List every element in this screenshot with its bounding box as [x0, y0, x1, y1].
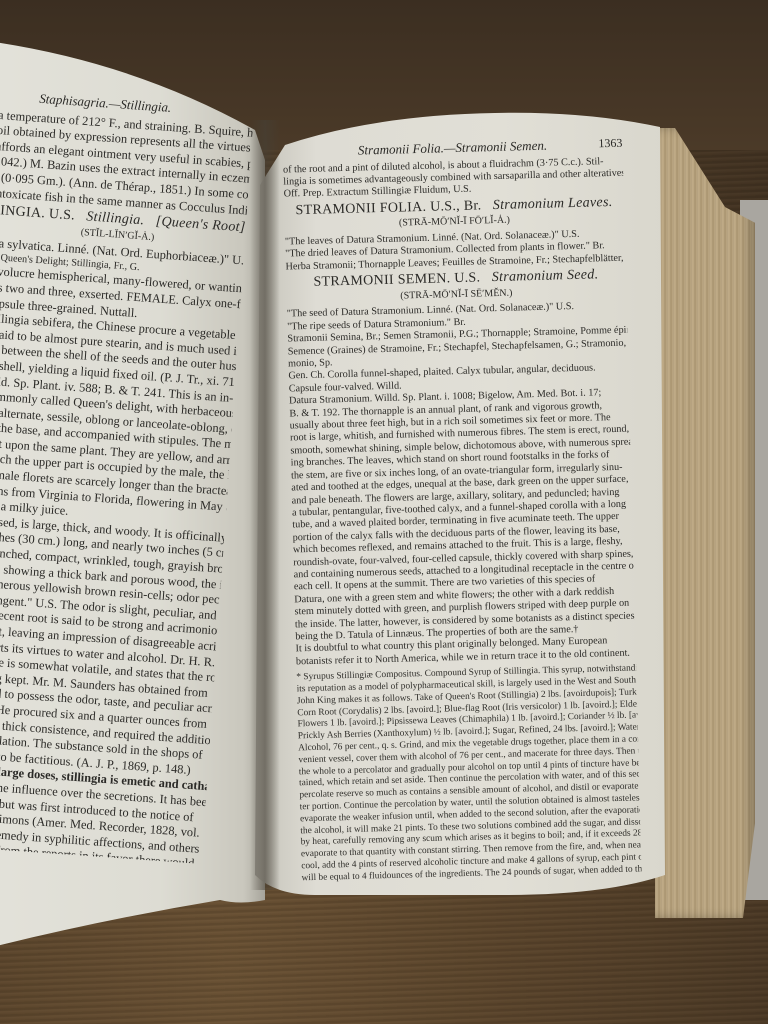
right-page-text: Stramonii Folia.—Stramonii Semen. 1363 o…	[282, 136, 641, 885]
book-page-edges	[655, 128, 755, 918]
heading-common: Stramonium Seed.	[492, 268, 599, 286]
heading-common: Stramonium Leaves.	[493, 195, 613, 213]
book-gutter	[250, 120, 280, 890]
page-number: 1363	[598, 136, 622, 152]
footnotes: * Syrupus Stillingiæ Compositus. Compoun…	[296, 664, 641, 885]
